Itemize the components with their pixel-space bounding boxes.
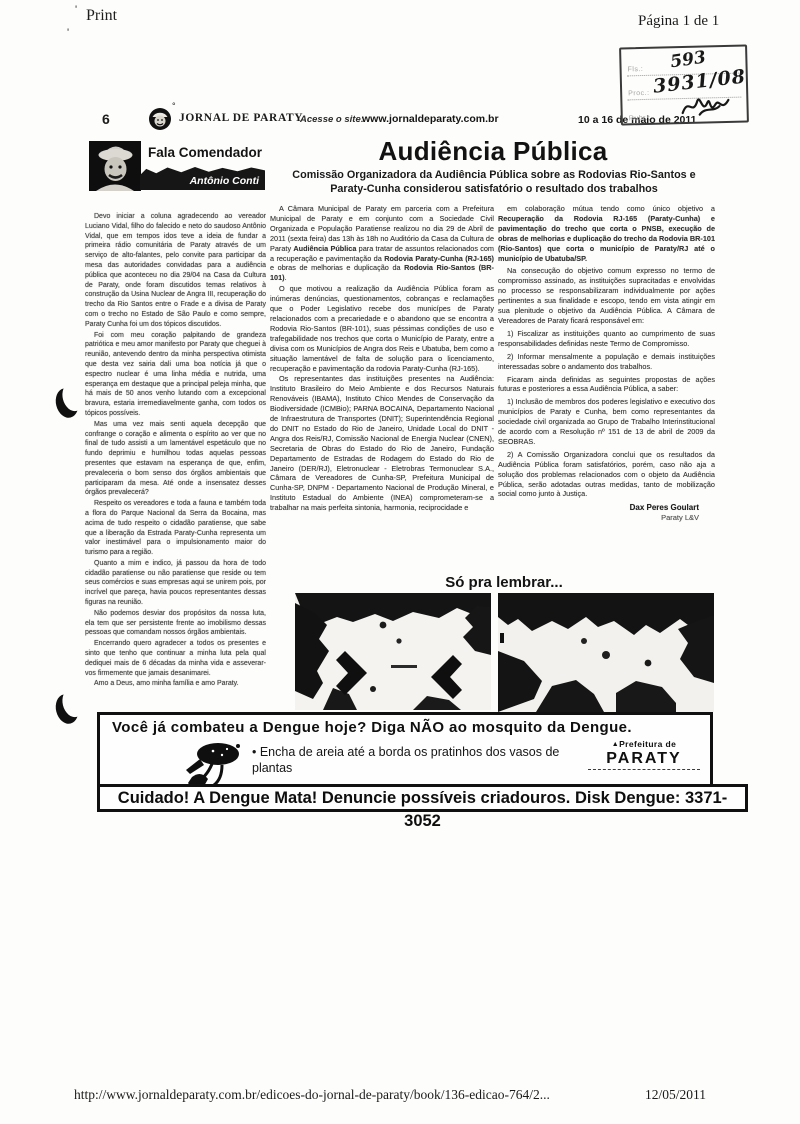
article-column-2: em colaboração mútua tendo como único ob…	[498, 204, 715, 576]
comendador-portrait-photo	[89, 141, 141, 191]
jornal-logo-icon	[148, 107, 172, 131]
paragraph: 1) Fiscalizar as instituições quanto ao …	[498, 329, 715, 349]
prefeitura-logo-top-text: Prefeitura de	[619, 739, 676, 749]
print-window-title: Print	[86, 7, 117, 25]
prefeitura-logo-top: ▲Prefeitura de	[588, 739, 700, 749]
column-section-title: Fala Comendador	[148, 145, 262, 160]
masthead-site-url: www.jornaldeparaty.com.br	[362, 113, 499, 125]
print-footer-date: 12/05/2011	[645, 1087, 706, 1103]
process-stamp: Fls.: 593 Proc.: 3931/08 Rubr.:	[619, 44, 749, 125]
paragraph: Na consecução do objetivo comum expresso…	[498, 266, 715, 325]
signature-name: Dax Peres Goulart	[498, 503, 699, 513]
paragraph: Mas uma vez mais senti aquela decepção q…	[85, 420, 266, 498]
newspaper-name: JORNAL DE PARATY	[179, 112, 303, 124]
scan-artifact-mark: '	[75, 4, 77, 16]
article-column-2-text: em colaboração mútua tendo como único ob…	[498, 204, 715, 499]
paragraph: 1) Inclusão de membros dos poderes legis…	[498, 397, 715, 447]
masthead-site-prompt: Acesse o site:	[300, 114, 364, 125]
stamp-fls-value: 593	[669, 47, 707, 72]
fala-comendador-column-text: Devo iniciar a coluna agradecendo ao ver…	[85, 212, 266, 710]
printed-newspaper-page: ' ' Print Página 1 de 1 Fls.: 593 Proc.:…	[0, 0, 800, 1124]
article-headline: Audiência Pública	[270, 136, 716, 167]
article-signature: Dax Peres Goulart Paraty L&V	[498, 503, 715, 523]
dengue-tip-text: • Encha de areia até a borda os pratinho…	[252, 745, 582, 776]
paragraph: Foi com meu coração palpitando de grande…	[85, 331, 266, 419]
paragraph: O que motivou a realização da Audiência …	[270, 284, 494, 373]
dengue-alert-strip: Cuidado! A Dengue Mata! Denuncie possíve…	[97, 784, 748, 812]
article-subheadline: Comissão Organizadora da Audiência Públi…	[276, 169, 712, 196]
paragraph: Ficaram ainda definidas as seguintes pro…	[498, 375, 715, 395]
column-author-name: Antônio Conti	[190, 175, 259, 187]
prefeitura-logo-name: PARATY	[588, 750, 700, 768]
stamp-fls-label: Fls.:	[628, 66, 644, 73]
paragraph: 2) A Comissão Organizadora conclui que o…	[498, 450, 715, 500]
paragraph: Quanto a mim e indico, já passou da hora…	[85, 559, 266, 608]
paragraph: Os representantes das instituições prese…	[270, 374, 494, 513]
article-column-1: A Câmara Municipal de Paraty em parceria…	[270, 204, 494, 576]
paragraph: Não podemos desviar dos propósitos da no…	[85, 609, 266, 638]
road-chevron-signs-photo	[295, 593, 491, 710]
paragraph: Devo iniciar a coluna agradecendo ao ver…	[85, 212, 266, 330]
prefeitura-paraty-logo: ▲Prefeitura de PARATY	[588, 739, 700, 770]
crescent-scan-mark-icon	[53, 692, 82, 726]
paragraph: Respeito os vereadores e toda a fauna e …	[85, 499, 266, 558]
signature-role: Paraty L&V	[498, 513, 699, 523]
stamp-row-rubr: Rubr.:	[627, 98, 742, 125]
crescent-scan-mark-icon	[53, 386, 82, 420]
paragraph: Amo a Deus, amo minha família e amo Para…	[85, 679, 266, 689]
scan-artifact-mark: '	[67, 27, 69, 39]
signature-scribble-icon	[679, 92, 732, 119]
paragraph: 2) Informar mensalmente a população e de…	[498, 352, 715, 372]
column-author-band: Antônio Conti	[140, 166, 265, 190]
photo-strip-title: Só pra lembrar...	[295, 574, 713, 591]
print-footer-url: http://www.jornaldeparaty.com.br/edicoes…	[74, 1087, 550, 1103]
logo-degree-mark: °	[172, 101, 176, 111]
dengue-campaign-banner: Você já combateu a Dengue hoje? Diga NÃO…	[97, 712, 713, 788]
print-page-indicator: Página 1 de 1	[638, 13, 719, 30]
hillside-landslide-photo	[498, 593, 714, 712]
dengue-headline: Você já combateu a Dengue hoje? Diga NÃO…	[100, 715, 710, 736]
mosquito-icon	[180, 739, 244, 789]
paragraph: Encerrando quero agradecer a todos os pr…	[85, 639, 266, 678]
paragraph: em colaboração mútua tendo como único ob…	[498, 204, 715, 263]
prefeitura-logo-underline	[588, 769, 700, 770]
arrow-icon: ▲	[612, 741, 619, 748]
stamp-proc-label: Proc.:	[628, 90, 649, 98]
newspaper-page-number: 6	[102, 111, 110, 127]
paragraph: A Câmara Municipal de Paraty em parceria…	[270, 204, 494, 283]
stamp-rubr-label: Rubr.:	[629, 115, 651, 123]
